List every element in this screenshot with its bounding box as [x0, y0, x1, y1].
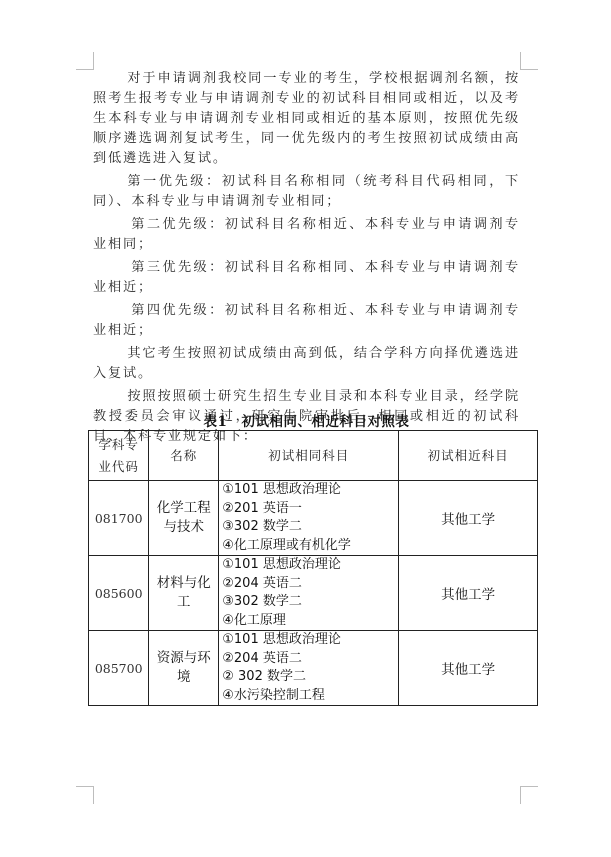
subject-line: ④水污染控制工程: [222, 687, 395, 706]
paragraph-priority-2: 第二优先级：初试科目名称相近、本科专业与申请调剂专业相同；: [93, 215, 520, 255]
cell-code: 081700: [89, 481, 149, 556]
paragraph-others: 其它考生按照初试成绩由高到低，结合学科方向择优遴选进入复试。: [93, 344, 520, 384]
subject-line: ①101 思想政治理论: [222, 556, 395, 575]
subject-line: ①101 思想政治理论: [222, 631, 395, 650]
table-title: 表1 初试相同、相近科目对照表: [93, 410, 520, 430]
margin-corner-mark-top-left: [76, 52, 94, 70]
table-row: 085700 资源与环境 ①101 思想政治理论 ②204 英语二 ② 302 …: [89, 631, 538, 706]
cell-same-subjects: ①101 思想政治理论 ②204 英语二 ② 302 数学二 ④水污染控制工程: [219, 631, 399, 706]
table-row: 081700 化学工程与技术 ①101 思想政治理论 ②201 英语一 ③302…: [89, 481, 538, 556]
cell-same-subjects: ①101 思想政治理论 ②204 英语二 ③302 数学二 ④化工原理: [219, 556, 399, 631]
header-same-subjects: 初试相同科目: [219, 431, 399, 481]
document-body: 对于申请调剂我校同一专业的考生，学校根据调剂名额，按照考生报考专业与申请调剂专业…: [93, 69, 520, 450]
cell-name: 化学工程与技术: [149, 481, 219, 556]
cell-near-subjects: 其他工学: [399, 631, 538, 706]
header-near-subjects: 初试相近科目: [399, 431, 538, 481]
paragraph-priority-1: 第一优先级：初试科目名称相同（统考科目代码相同，下同）、本科专业与申请调剂专业相…: [93, 172, 520, 212]
paragraph-priority-4: 第四优先级：初试科目名称相近、本科专业与申请调剂专业相近；: [93, 301, 520, 341]
subject-line: ②204 英语二: [222, 575, 395, 594]
cell-near-subjects: 其他工学: [399, 556, 538, 631]
subject-line: ②204 英语二: [222, 650, 395, 669]
subject-line: ②201 英语一: [222, 500, 395, 519]
table-row: 085600 材料与化工 ①101 思想政治理论 ②204 英语二 ③302 数…: [89, 556, 538, 631]
header-code: 学科专业代码: [89, 431, 149, 481]
paragraph-intro: 对于申请调剂我校同一专业的考生，学校根据调剂名额，按照考生报考专业与申请调剂专业…: [93, 69, 520, 169]
document-page: 对于申请调剂我校同一专业的考生，学校根据调剂名额，按照考生报考专业与申请调剂专业…: [0, 0, 611, 857]
cell-name: 材料与化工: [149, 556, 219, 631]
table-header-row: 学科专业代码 名称 初试相同科目 初试相近科目: [89, 431, 538, 481]
subject-line: ③302 数学二: [222, 518, 395, 537]
cell-code: 085600: [89, 556, 149, 631]
subject-line: ④化工原理: [222, 612, 395, 631]
cell-same-subjects: ①101 思想政治理论 ②201 英语一 ③302 数学二 ④化工原理或有机化学: [219, 481, 399, 556]
cell-name: 资源与环境: [149, 631, 219, 706]
margin-corner-mark-bottom-right: [520, 786, 538, 804]
subject-line: ④化工原理或有机化学: [222, 537, 395, 556]
cell-near-subjects: 其他工学: [399, 481, 538, 556]
subject-line: ② 302 数学二: [222, 668, 395, 687]
header-name: 名称: [149, 431, 219, 481]
subject-line: ③302 数学二: [222, 593, 395, 612]
paragraph-priority-3: 第三优先级：初试科目名称相同、本科专业与申请调剂专业相近；: [93, 258, 520, 298]
margin-corner-mark-top-right: [520, 52, 538, 70]
subject-line: ①101 思想政治理论: [222, 481, 395, 500]
cell-code: 085700: [89, 631, 149, 706]
subject-comparison-table: 学科专业代码 名称 初试相同科目 初试相近科目 081700 化学工程与技术 ①…: [88, 430, 538, 706]
margin-corner-mark-bottom-left: [76, 786, 94, 804]
